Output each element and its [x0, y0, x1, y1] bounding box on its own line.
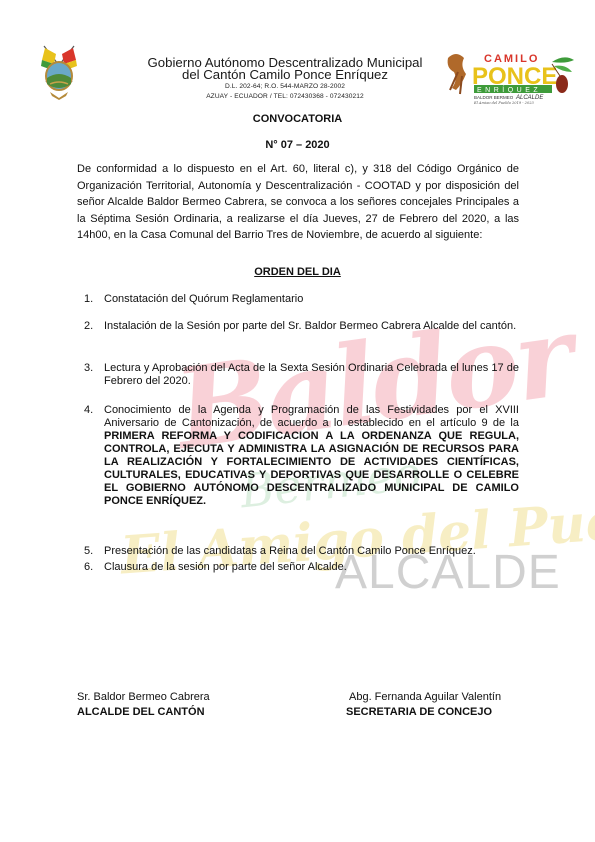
agenda-item-number: 6.: [84, 561, 93, 574]
ordinance-title: PRIMERA REFORMA Y CODIFICACION A LA ORDE…: [104, 430, 519, 507]
agenda-item-number: 2.: [84, 320, 93, 333]
agenda-item: 5. Presentación de las candidatas a Rein…: [84, 545, 519, 558]
document-number: N° 07 – 2020: [0, 139, 595, 151]
agenda-item-text: Constatación del Quórum Reglamentario: [104, 293, 519, 306]
signature-mayor: Sr. Baldor Bermeo Cabrera ALCALDE DEL CA…: [77, 690, 210, 720]
document-heading: CONVOCATORIA: [0, 113, 595, 125]
institution-title: Gobierno Autónomo Descentralizado Munici…: [120, 57, 450, 80]
legal-reference: D.L. 202-64; R.O. 544-MARZO 28-2002: [120, 82, 450, 92]
svg-text:BALDOR BERMEO: BALDOR BERMEO: [474, 95, 514, 100]
agenda-item: 4. Conocimiento de la Agenda y Programac…: [84, 404, 519, 508]
agenda-item: 1. Constatación del Quórum Reglamentario: [84, 293, 519, 306]
agenda-item: 3. Lectura y Aprobación del Acta de la S…: [84, 362, 519, 388]
institution-details: D.L. 202-64; R.O. 544-MARZO 28-2002 AZUA…: [120, 82, 450, 102]
camilo-ponce-logo: CAMILO PONCE ENRÍQUEZ BALDOR BERMEO ALCA…: [444, 50, 576, 104]
agenda-item: 2. Instalación de la Sesión por parte de…: [84, 320, 519, 333]
agenda-item-text: Lectura y Aprobación del Acta de la Sext…: [104, 362, 519, 388]
signer-role: SECRETARIA DE CONCEJO: [346, 705, 501, 720]
signer-name: Abg. Fernanda Aguilar Valentín: [346, 690, 501, 705]
agenda-item-number: 1.: [84, 293, 93, 306]
contact-info: AZUAY - ECUADOR / TEL: 072430368 - 07243…: [120, 92, 450, 102]
agenda-item-text: Instalación de la Sesión por parte del S…: [104, 320, 519, 333]
agenda-item-number: 4.: [84, 404, 93, 417]
agenda-item-text: Presentación de las candidatas a Reina d…: [104, 545, 519, 558]
signature-secretary: Abg. Fernanda Aguilar Valentín SECRETARI…: [346, 690, 501, 720]
svg-text:ENRÍQUEZ: ENRÍQUEZ: [477, 85, 541, 94]
svg-text:El Amigo del Pueblo 2019 - 202: El Amigo del Pueblo 2019 - 2023: [473, 101, 535, 104]
intro-paragraph: De conformidad a lo dispuesto en el Art.…: [77, 161, 519, 244]
agenda-item-number: 3.: [84, 362, 93, 375]
signer-name: Sr. Baldor Bermeo Cabrera: [77, 690, 210, 705]
agenda-item-text: Clausura de la sesión por parte del seño…: [104, 561, 519, 574]
agenda-item-number: 5.: [84, 545, 93, 558]
agenda-item-text-regular: Conocimiento de la Agenda y Programación…: [104, 404, 519, 429]
agenda-title: ORDEN DEL DIA: [0, 266, 595, 278]
signer-role: ALCALDE DEL CANTÓN: [77, 705, 210, 720]
institution-title-line2: del Cantón Camilo Ponce Enríquez: [120, 69, 450, 81]
agenda-item-text: Conocimiento de la Agenda y Programación…: [104, 404, 519, 508]
intro-text: De conformidad a lo dispuesto en el Art.…: [77, 161, 519, 244]
coat-of-arms-logo: [36, 42, 82, 102]
agenda-item: 6. Clausura de la sesión por parte del s…: [84, 561, 519, 574]
